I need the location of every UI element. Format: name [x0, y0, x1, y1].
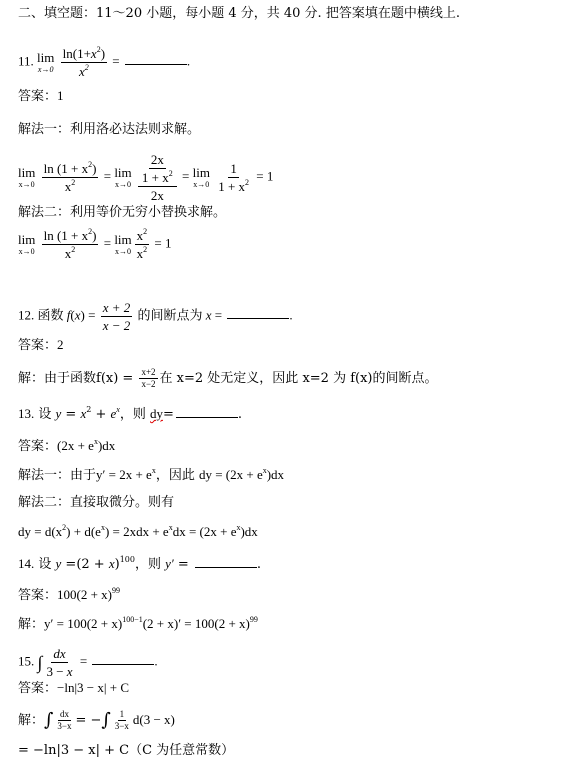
answer-11: 答案：1: [18, 88, 64, 105]
section-header: 二、填空题：11～20 小题，每小题 4 分，共 40 分. 把答案填在题中横线…: [18, 6, 460, 22]
solution-15-result: = −ln|3 − x| + C（C 为任意常数）: [18, 743, 234, 759]
question-11: 11. limx→0 ln(1+x2)x2 = .: [18, 46, 190, 79]
question-13: 13. 设 y = x2 + ex，则 dy=.: [18, 405, 242, 423]
method1-11: 解法一：利用洛必达法则求解。: [18, 122, 200, 138]
answer-blank: [195, 555, 257, 568]
answer-blank: [176, 405, 238, 418]
solution-15: 解：∫dx3−x= −∫13−xd(3 − x): [18, 710, 175, 731]
answer-15: 答案：−ln|3 − x| + C: [18, 680, 129, 697]
solution-14: 解：y′ = 100(2 + x)100−1(2 + x)′ = 100(2 +…: [18, 616, 258, 633]
answer-14: 答案：100(2 + x)99: [18, 587, 120, 604]
question-12: 12. 函数 f(x) = x + 2x − 2 的间断点为 x = .: [18, 300, 293, 333]
method1-13: 解法一：由于y′ = 2x + ex，因此 dy = (2x + ex)dx: [18, 467, 284, 484]
question-number: 11.: [18, 53, 37, 68]
answer-13: 答案：(2x + ex)dx: [18, 438, 115, 455]
answer-12: 答案：2: [18, 337, 64, 354]
method2-13-math: dy = d(x2) + d(ex) = 2xdx + exdx = (2x +…: [18, 524, 258, 540]
answer-blank: [92, 652, 154, 665]
method2-13: 解法二：直接取微分。则有: [18, 495, 174, 511]
method2-11: 解法二：利用等价无穷小替换求解。: [18, 205, 226, 221]
method1-11-math: limx→0 ln (1 + x2)x2 = limx→0 2x1 + x22x…: [18, 152, 273, 203]
method2-11-math: limx→0 ln (1 + x2)x2 = limx→0x2x2 = 1: [18, 228, 172, 261]
question-15: 15. ∫dx3 − x = .: [18, 646, 158, 679]
answer-blank: [125, 52, 187, 65]
question-14: 14. 设 y =(2 + x)100，则 y′ = .: [18, 555, 261, 573]
solution-12: 解：由于函数f(x) = x+2x−2在 x=2 处无定义，因此 x=2 为 f…: [18, 368, 438, 389]
answer-blank: [227, 306, 289, 319]
